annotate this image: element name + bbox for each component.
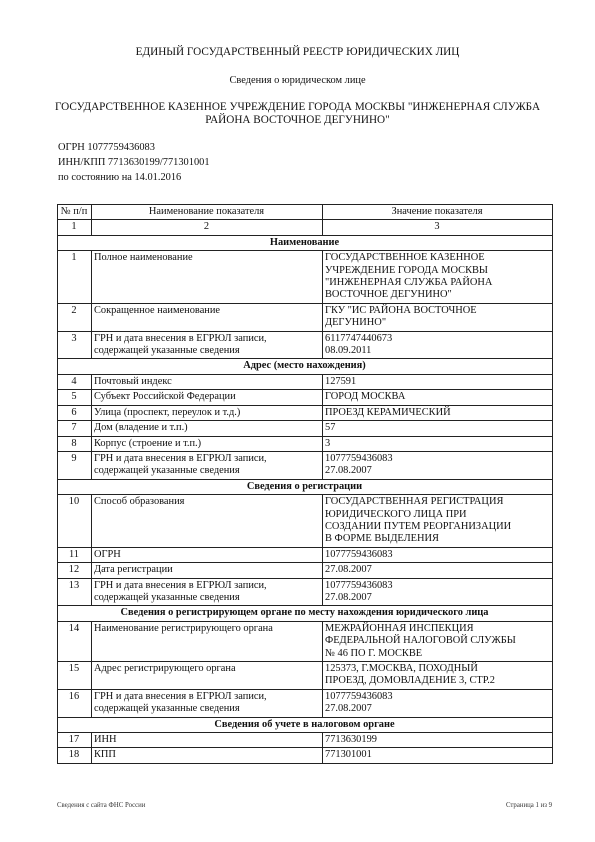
row-label: Наименование регистрирующего органа bbox=[92, 621, 323, 661]
footer-page-number: Страница 1 из 9 bbox=[506, 802, 552, 809]
row-value: 3 bbox=[323, 436, 553, 451]
section-title: Адрес (место нахождения) bbox=[58, 359, 553, 374]
table-row: 10Способ образованияГОСУДАРСТВЕННАЯ РЕГИ… bbox=[58, 495, 553, 548]
row-number: 17 bbox=[58, 733, 92, 748]
header-index: № п/п bbox=[58, 205, 92, 220]
table-row: 12Дата регистрации27.08.2007 bbox=[58, 563, 553, 578]
table-row: 17ИНН7713630199 bbox=[58, 733, 553, 748]
footer-source: Сведения с сайта ФНС России bbox=[57, 802, 145, 809]
section-header-row: Сведения о регистрации bbox=[58, 479, 553, 494]
row-value: 1077759436083 27.08.2007 bbox=[323, 689, 553, 717]
row-number: 12 bbox=[58, 563, 92, 578]
row-label: Улица (проспект, переулок и т.д.) bbox=[92, 405, 323, 420]
table-row: 7Дом (владение и т.п.)57 bbox=[58, 421, 553, 436]
row-value: 6117747440673 08.09.2011 bbox=[323, 331, 553, 359]
table-row: 1Полное наименованиеГОСУДАРСТВЕННОЕ КАЗЕ… bbox=[58, 251, 553, 304]
row-number: 16 bbox=[58, 689, 92, 717]
row-number: 4 bbox=[58, 374, 92, 389]
table-row: 18КПП771301001 bbox=[58, 748, 553, 763]
ogrn-line: ОГРН 1077759436083 bbox=[58, 140, 210, 155]
row-label: Адрес регистрирующего органа bbox=[92, 662, 323, 690]
row-label: Полное наименование bbox=[92, 251, 323, 304]
table-row: 9ГРН и дата внесения в ЕГРЮЛ записи, сод… bbox=[58, 451, 553, 479]
table-row: 15Адрес регистрирующего органа125373, Г.… bbox=[58, 662, 553, 690]
section-header-row: Адрес (место нахождения) bbox=[58, 359, 553, 374]
header-indicator-name: Наименование показателя bbox=[92, 205, 323, 220]
row-value: ГОСУДАРСТВЕННАЯ РЕГИСТРАЦИЯ ЮРИДИЧЕСКОГО… bbox=[323, 495, 553, 548]
row-label: Почтовый индекс bbox=[92, 374, 323, 389]
row-value: 1077759436083 bbox=[323, 547, 553, 562]
row-value: 27.08.2007 bbox=[323, 563, 553, 578]
column-number-row: 1 2 3 bbox=[58, 220, 553, 235]
row-number: 1 bbox=[58, 251, 92, 304]
table-row: 2Сокращенное наименованиеГКУ "ИС РАЙОНА … bbox=[58, 303, 553, 331]
section-title: Сведения о регистрации bbox=[58, 479, 553, 494]
section-title: Сведения об учете в налоговом органе bbox=[58, 717, 553, 732]
row-number: 18 bbox=[58, 748, 92, 763]
row-label: КПП bbox=[92, 748, 323, 763]
table-row: 13ГРН и дата внесения в ЕГРЮЛ записи, со… bbox=[58, 578, 553, 606]
table-row: 3ГРН и дата внесения в ЕГРЮЛ записи, сод… bbox=[58, 331, 553, 359]
row-value: 125373, Г.МОСКВА, ПОХОДНЫЙ ПРОЕЗД, ДОМОВ… bbox=[323, 662, 553, 690]
entity-meta: ОГРН 1077759436083 ИНН/КПП 7713630199/77… bbox=[58, 140, 210, 185]
table-header-row: № п/п Наименование показателя Значение п… bbox=[58, 205, 553, 220]
row-label: ГРН и дата внесения в ЕГРЮЛ записи, соде… bbox=[92, 451, 323, 479]
table-row: 4Почтовый индекс127591 bbox=[58, 374, 553, 389]
row-value: 7713630199 bbox=[323, 733, 553, 748]
header-indicator-value: Значение показателя bbox=[323, 205, 553, 220]
table-row: 8Корпус (строение и т.п.)3 bbox=[58, 436, 553, 451]
entity-name: ГОСУДАРСТВЕННОЕ КАЗЕННОЕ УЧРЕЖДЕНИЕ ГОРО… bbox=[50, 101, 545, 126]
row-number: 6 bbox=[58, 405, 92, 420]
row-label: Дата регистрации bbox=[92, 563, 323, 578]
row-value: 1077759436083 27.08.2007 bbox=[323, 451, 553, 479]
section-header-row: Наименование bbox=[58, 235, 553, 250]
section-header-row: Сведения об учете в налоговом органе bbox=[58, 717, 553, 732]
row-value: 771301001 bbox=[323, 748, 553, 763]
row-number: 2 bbox=[58, 303, 92, 331]
inn-kpp-line: ИНН/КПП 7713630199/771301001 bbox=[58, 155, 210, 170]
column-number: 2 bbox=[92, 220, 323, 235]
column-number: 3 bbox=[323, 220, 553, 235]
row-value: ГКУ "ИС РАЙОНА ВОСТОЧНОЕ ДЕГУНИНО" bbox=[323, 303, 553, 331]
table-row: 5Субъект Российской ФедерацииГОРОД МОСКВ… bbox=[58, 390, 553, 405]
row-number: 5 bbox=[58, 390, 92, 405]
row-number: 9 bbox=[58, 451, 92, 479]
row-number: 14 bbox=[58, 621, 92, 661]
section-title: Наименование bbox=[58, 235, 553, 250]
row-label: Сокращенное наименование bbox=[92, 303, 323, 331]
row-value: ГОРОД МОСКВА bbox=[323, 390, 553, 405]
row-number: 3 bbox=[58, 331, 92, 359]
table-row: 11ОГРН1077759436083 bbox=[58, 547, 553, 562]
row-number: 10 bbox=[58, 495, 92, 548]
document-subtitle: Сведения о юридическом лице bbox=[0, 74, 595, 87]
table-row: 16ГРН и дата внесения в ЕГРЮЛ записи, со… bbox=[58, 689, 553, 717]
column-number: 1 bbox=[58, 220, 92, 235]
registry-title: ЕДИНЫЙ ГОСУДАРСТВЕННЫЙ РЕЕСТР ЮРИДИЧЕСКИ… bbox=[0, 46, 595, 59]
row-value: ГОСУДАРСТВЕННОЕ КАЗЕННОЕ УЧРЕЖДЕНИЕ ГОРО… bbox=[323, 251, 553, 304]
row-label: Корпус (строение и т.п.) bbox=[92, 436, 323, 451]
row-label: Дом (владение и т.п.) bbox=[92, 421, 323, 436]
row-number: 11 bbox=[58, 547, 92, 562]
row-number: 15 bbox=[58, 662, 92, 690]
section-title: Сведения о регистрирующем органе по мест… bbox=[58, 606, 553, 621]
row-number: 13 bbox=[58, 578, 92, 606]
section-header-row: Сведения о регистрирующем органе по мест… bbox=[58, 606, 553, 621]
row-label: ГРН и дата внесения в ЕГРЮЛ записи, соде… bbox=[92, 578, 323, 606]
row-value: 57 bbox=[323, 421, 553, 436]
row-label: ГРН и дата внесения в ЕГРЮЛ записи, соде… bbox=[92, 689, 323, 717]
registry-table: № п/п Наименование показателя Значение п… bbox=[57, 204, 553, 764]
row-number: 8 bbox=[58, 436, 92, 451]
row-label: ГРН и дата внесения в ЕГРЮЛ записи, соде… bbox=[92, 331, 323, 359]
row-label: ОГРН bbox=[92, 547, 323, 562]
as-of-date-line: по состоянию на 14.01.2016 bbox=[58, 170, 210, 185]
row-value: 127591 bbox=[323, 374, 553, 389]
row-value: 1077759436083 27.08.2007 bbox=[323, 578, 553, 606]
row-number: 7 bbox=[58, 421, 92, 436]
row-label: Способ образования bbox=[92, 495, 323, 548]
table-row: 6Улица (проспект, переулок и т.д.)ПРОЕЗД… bbox=[58, 405, 553, 420]
row-label: ИНН bbox=[92, 733, 323, 748]
table-row: 14Наименование регистрирующего органаМЕЖ… bbox=[58, 621, 553, 661]
row-value: МЕЖРАЙОННАЯ ИНСПЕКЦИЯ ФЕДЕРАЛЬНОЙ НАЛОГО… bbox=[323, 621, 553, 661]
row-label: Субъект Российской Федерации bbox=[92, 390, 323, 405]
row-value: ПРОЕЗД КЕРАМИЧЕСКИЙ bbox=[323, 405, 553, 420]
